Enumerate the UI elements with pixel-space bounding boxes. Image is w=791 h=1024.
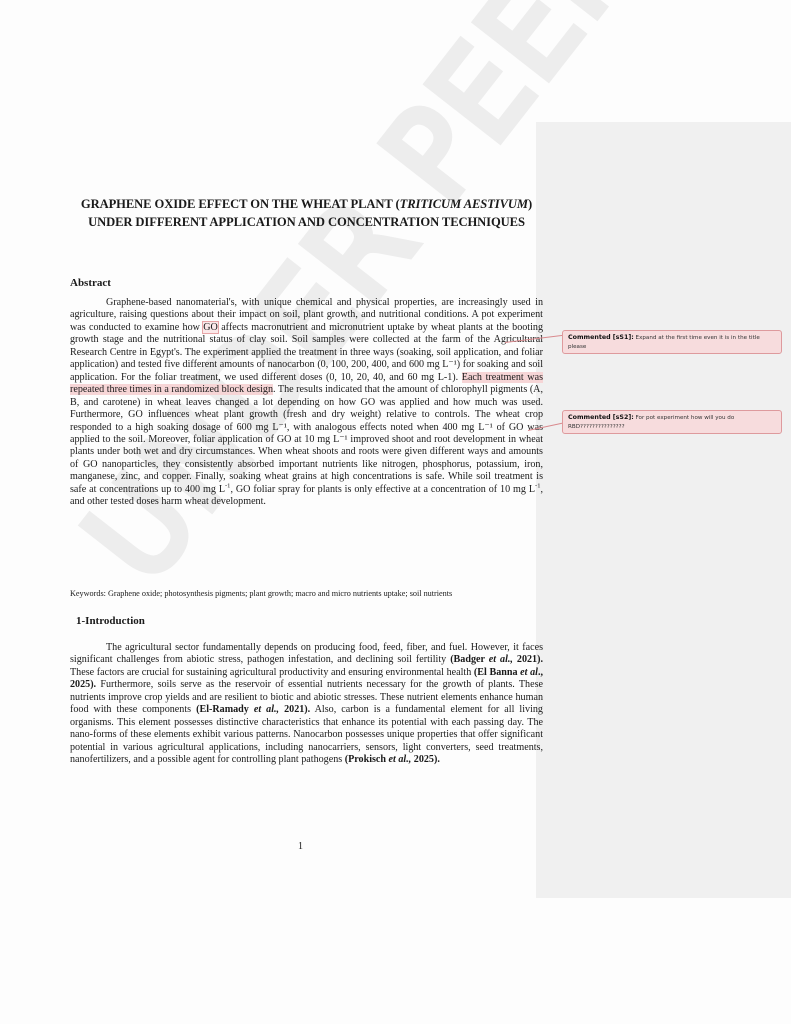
citation: (Badger et al., 2021).	[450, 654, 543, 665]
comment-anchor-1[interactable]: GO	[203, 322, 218, 333]
comment-balloon-2[interactable]: Commented [sS2]: For pot experiment how …	[562, 410, 782, 434]
comment-balloon-1[interactable]: Commented [sS1]: Expand at the first tim…	[562, 330, 782, 354]
introduction-text: The agricultural sector fundamentally de…	[70, 642, 543, 767]
comments-pane	[536, 122, 791, 898]
paper-title: GRAPHENE OXIDE EFFECT ON THE WHEAT PLANT…	[70, 195, 543, 231]
introduction-heading: 1-Introduction	[76, 615, 145, 627]
keywords: Keywords: Graphene oxide; photosynthesis…	[70, 589, 550, 598]
abstract-heading: Abstract	[70, 277, 111, 289]
page-number: 1	[298, 841, 303, 852]
citation: (Prokisch et al., 2025).	[345, 754, 440, 765]
citation: (El-Ramady et al., 2021).	[196, 704, 310, 715]
abstract-text: Graphene-based nanomaterial's, with uniq…	[70, 297, 543, 509]
